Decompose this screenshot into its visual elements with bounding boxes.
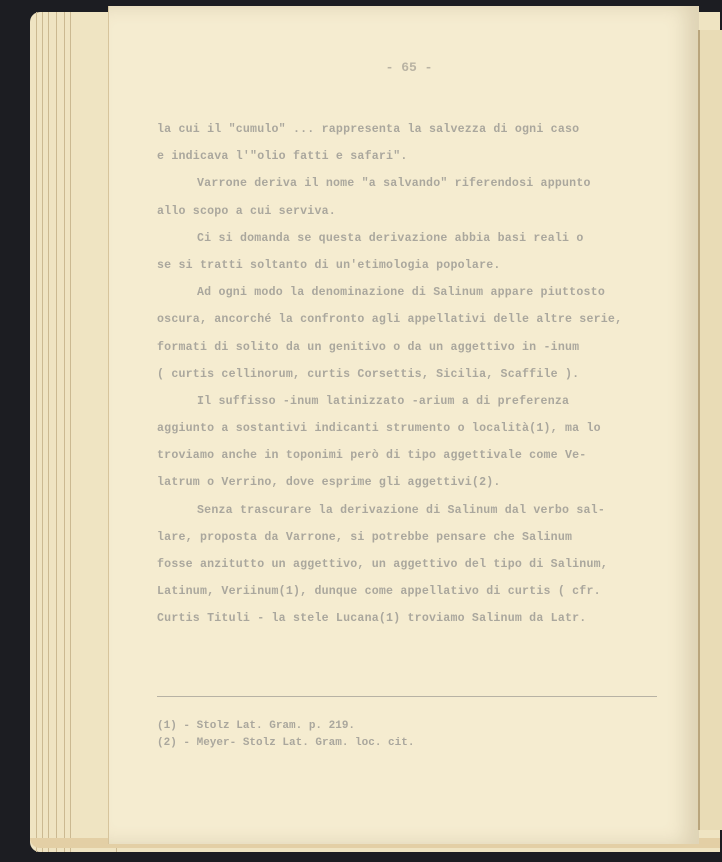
text-line: Varrone deriva il nome "a salvando" rife… <box>157 170 657 197</box>
text-line: Ci si domanda se questa derivazione abbi… <box>157 225 657 252</box>
footnote: (1) - Stolz Lat. Gram. p. 219. <box>157 718 657 735</box>
text-line: Ad ogni modo la denominazione di Salinum… <box>157 279 657 306</box>
text-line: Curtis Tituli - la stele Lucana(1) trovi… <box>157 605 657 632</box>
facing-page-edge <box>698 30 722 830</box>
footnote: (2) - Meyer- Stolz Lat. Gram. loc. cit. <box>157 735 657 752</box>
page-leaf-edge <box>56 12 57 852</box>
footnote-divider <box>157 696 657 697</box>
text-line: Senza trascurare la derivazione di Salin… <box>157 497 657 524</box>
page-leaf-edge <box>42 12 43 852</box>
body-text: la cui il "cumulo" ... rappresenta la sa… <box>157 116 657 633</box>
text-line: e indicava l'"olio fatti e safari". <box>157 143 657 170</box>
text-line: Il suffisso -inum latinizzato -arium a d… <box>157 388 657 415</box>
text-line: formati di solito da un genitivo o da un… <box>157 334 657 361</box>
text-line: oscura, ancorché la confronto agli appel… <box>157 306 657 333</box>
text-line: Latinum, Veriinum(1), dunque come appell… <box>157 578 657 605</box>
text-line: lare, proposta da Varrone, si potrebbe p… <box>157 524 657 551</box>
text-line: se si tratti soltanto di un'etimologia p… <box>157 252 657 279</box>
page-leaf-edge <box>70 12 71 852</box>
text-line: latrum o Verrino, dove esprime gli agget… <box>157 469 657 496</box>
footnotes: (1) - Stolz Lat. Gram. p. 219. (2) - Mey… <box>157 718 657 752</box>
text-line: ( curtis cellinorum, curtis Corsettis, S… <box>157 361 657 388</box>
text-line: fosse anzitutto un aggettivo, un aggetti… <box>157 551 657 578</box>
page-number: - 65 - <box>309 60 509 75</box>
text-line: troviamo anche in toponimi però di tipo … <box>157 442 657 469</box>
text-line: aggiunto a sostantivi indicanti strument… <box>157 415 657 442</box>
page-leaf-edge <box>48 12 49 852</box>
text-line: la cui il "cumulo" ... rappresenta la sa… <box>157 116 657 143</box>
page-leaf-edge <box>36 12 37 852</box>
document-page: - 65 - la cui il "cumulo" ... rappresent… <box>108 6 699 844</box>
page-leaf-edge <box>64 12 65 852</box>
text-line: allo scopo a cui serviva. <box>157 198 657 225</box>
